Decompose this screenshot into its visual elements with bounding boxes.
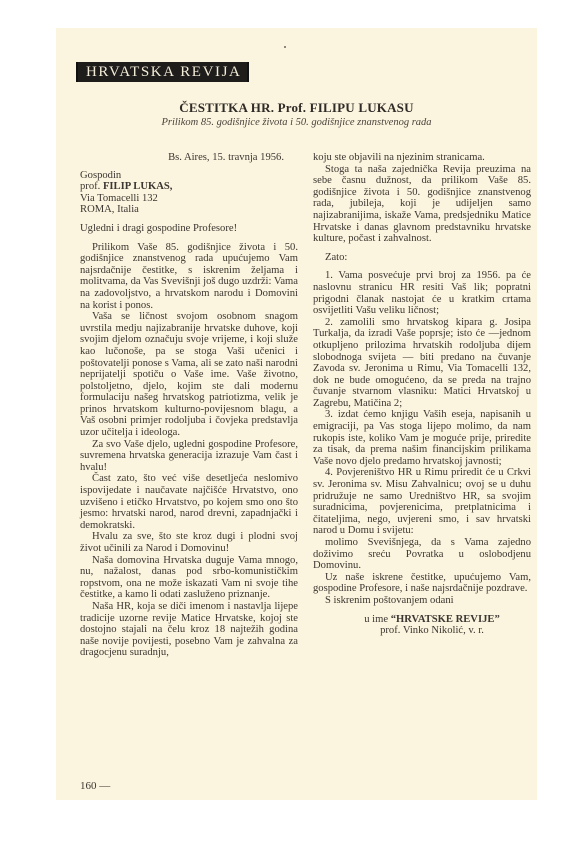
body-paragraph: Vaša se ličnost svojom osobnom snagom uv… [80, 311, 298, 439]
numbered-item: 1. Vama posvećuje prvi broj za 1956. pa … [313, 270, 531, 316]
numbered-item: 3. izdat ćemo knjigu Vaših eseja, napisa… [313, 409, 531, 467]
address-line: Gospodin [80, 170, 298, 182]
print-speck [284, 46, 286, 48]
zato-heading: Zato: [313, 252, 531, 264]
right-column: koju ste objavili na njezinim stranicama… [313, 152, 531, 637]
body-paragraph-continued: koju ste objavili na njezinim stranicama… [313, 152, 531, 164]
body-paragraph: Stoga ta naša zajednička Revija preuzima… [313, 164, 531, 245]
article-subtitle: Prilikom 85. godišnjice života i 50. god… [56, 117, 537, 128]
body-paragraph: Prilikom Vaše 85. godišnjice života i 50… [80, 242, 298, 312]
signature-line-1: u ime “HRVATSKE REVIJE” [313, 614, 531, 626]
body-paragraph: Čast zato, što već više desetljeća neslo… [80, 473, 298, 531]
left-column: Bs. Aires, 15. travnja 1956. Gospodin pr… [80, 152, 298, 659]
signature-line-2: prof. Vinko Nikolić, v. r. [313, 625, 531, 637]
closing-paragraph: S iskrenim poštovanjem odani [313, 595, 531, 607]
body-paragraph: Naša HR, koja se diči imenom i nastavlja… [80, 601, 298, 659]
numbered-item: 4. Povjereništvo HR u Rimu priredit će u… [313, 467, 531, 537]
article-title: ČESTITKA HR. Prof. FILIPU LUKASU [56, 100, 537, 116]
closing-paragraph: molimo Svevišnjega, da s Vama zajedno do… [313, 537, 531, 572]
numbered-item: 2. zamolili smo hrvatskog kipara g. Josi… [313, 317, 531, 410]
address-line: Via Tomacelli 132 [80, 193, 298, 205]
masthead-banner: HRVATSKA REVIJA [76, 62, 249, 82]
body-paragraph: Za svo Vaše djelo, ugledni gospodine Pro… [80, 439, 298, 474]
body-paragraph: Hvalu za sve, što ste kroz dugi i plodni… [80, 531, 298, 554]
signature-organization: “HRVATSKE REVIJE” [391, 614, 500, 625]
document-page: HRVATSKA REVIJA ČESTITKA HR. Prof. FILIP… [56, 28, 537, 800]
address-recipient: prof. FILIP LUKAS, [80, 181, 172, 192]
closing-paragraph: Uz naše iskrene čestitke, upućujemo Vam,… [313, 572, 531, 595]
signature-prefix: u ime [364, 614, 390, 625]
body-paragraph: Naša domovina Hrvatska duguje Vama mnogo… [80, 555, 298, 601]
page-number: 160 — [80, 780, 110, 792]
salutation: Ugledni i dragi gospodine Profesore! [80, 223, 298, 235]
address-line: prof. FILIP LUKAS, [80, 181, 298, 193]
address-line: ROMA, Italia [80, 204, 298, 216]
dateline: Bs. Aires, 15. travnja 1956. [80, 152, 298, 164]
